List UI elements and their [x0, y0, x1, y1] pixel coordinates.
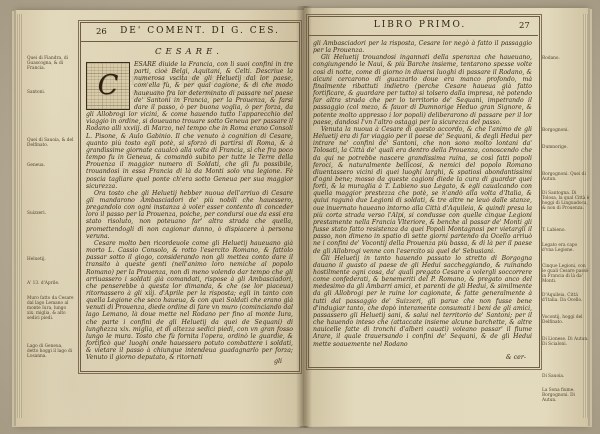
margin-note: D'Aquileia, Città d'Italia. Da Ocello. [542, 293, 590, 303]
margin-note: Quei di Fiandra, di Guascogna, & di Fran… [27, 56, 75, 71]
body-paragraph: gli Ambasciadori per la risposta, Cesare… [313, 40, 532, 54]
body-paragraph: Gli Heluetij trouandosi ingannati della … [313, 54, 532, 126]
body-paragraph: Gli Heluetij in tanto hauendo passato lo… [313, 255, 532, 348]
margin-note: T. Labieno. [542, 228, 590, 233]
section-heading: CESARE. [84, 47, 294, 57]
right-body-text: gli Ambasciadori per la risposta, Cesare… [313, 40, 532, 354]
left-header-rule [80, 41, 298, 42]
margin-note: Di Lionese. Di Autun. Di Scialoni. [542, 337, 590, 347]
drop-cap-letter: C [98, 82, 119, 89]
margin-note: La Sona fiume. Borgognoni. Di Autun. [542, 388, 590, 403]
catchword-right: & cer- [506, 354, 526, 361]
right-page-edge [583, 14, 588, 418]
margin-note: Borgognoni. Quei di Autun. [542, 172, 590, 182]
margin-note: Quei di Sauoia, & del Delfinato. [27, 138, 75, 148]
margin-note: Dumnorige. [542, 145, 590, 150]
margin-note: Lago di Geneua, detto hoggi il lago di L… [27, 344, 75, 359]
margin-note: Suizzeri. [27, 211, 75, 216]
margin-note: Vocontij, hoggi del Delfinato. [542, 315, 590, 325]
margin-note: Legato era capo d'vna Legione. [542, 243, 590, 253]
body-paragraph: Cesare molto ben ricordeuole come gli He… [86, 240, 293, 362]
body-paragraph: Venuta la nuoua à Cesare di questo accor… [313, 126, 532, 255]
margin-note: Santoni. [27, 90, 75, 95]
woodcut-initial: C [86, 62, 130, 110]
margin-note: Di Sauoia. [542, 374, 590, 379]
margin-note: Di Santogna. Di Tolosa, la qual Città è … [542, 191, 590, 211]
catchword-left: gli [274, 358, 282, 365]
margin-note: A' 13. d'Aprile. [27, 281, 75, 286]
left-body-text: C ESARE diuide la Francia, con li suoi c… [86, 61, 293, 361]
margin-note: Rodano. [542, 56, 590, 61]
running-head-right: LIBRO PRIMO. [330, 20, 510, 30]
left-page-edge [17, 14, 22, 418]
page-number-left: 26 [96, 27, 107, 37]
body-paragraph: Ora tosto che gli Heluetij hebber nuoua … [86, 190, 293, 240]
running-head-left: DE' COMENT. DI G. CES. [110, 26, 290, 36]
right-header-rule [308, 35, 538, 36]
margin-note: Geneua. [27, 163, 75, 168]
margin-note: Heluetij. [27, 257, 75, 262]
book-spread: 26 DE' COMENT. DI G. CES. DEL PRIMO LIBR… [0, 0, 600, 434]
margin-note: Cinque Legioni, con le quali Cesare pass… [542, 264, 590, 284]
margin-note: Borgognoni. [542, 128, 590, 133]
margin-note: Muro fatto da Cesare dal lago Lemano al … [27, 296, 75, 321]
page-number-right: 27 [519, 21, 530, 31]
